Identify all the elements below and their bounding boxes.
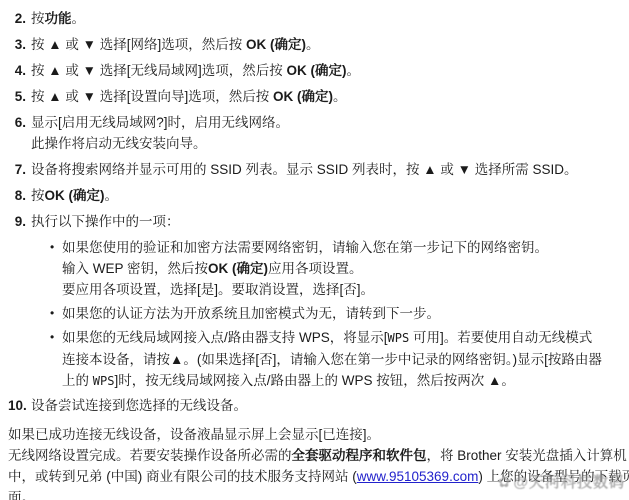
text-segment: OK (确定) xyxy=(286,63,346,78)
block-body: 设备尝试连接到您选择的无线设备。 xyxy=(31,395,625,416)
text-segment: 面。 xyxy=(8,490,35,500)
text-segment: 执行以下操作中的一项： xyxy=(31,214,180,229)
text-segment: 。 xyxy=(346,63,360,78)
text-segment: 无线网络设置完成。若要安装操作设备所必需的 xyxy=(8,448,292,463)
step-item: 8.按OK (确定)。 xyxy=(8,185,625,206)
text-segment: 连接本设备，请按▲。(如果选择[否]，请输入您在第一步中记录的网络密钥。)显示[… xyxy=(62,352,602,367)
text-line: 设备将搜索网络并显示可用的 SSID 列表。显示 SSID 列表时，按 ▲ 或 … xyxy=(31,159,625,180)
block-body: 如果您的无线局域网接入点/路由器支持 WPS，将显示[WPS 可用]。若要使用自… xyxy=(62,327,625,392)
bullet-icon: • xyxy=(50,327,62,348)
text-segment: 如果您的认证方法为开放系统且加密模式为无，请转到下一步。 xyxy=(62,306,440,321)
text-segment: OK (确定) xyxy=(45,188,105,203)
text-line: 按OK (确定)。 xyxy=(31,185,625,206)
block-body: 按 ▲ 或 ▼ 选择[无线局域网]选项，然后按 OK (确定)。 xyxy=(31,60,625,81)
text-line: 设备尝试连接到您选择的无线设备。 xyxy=(31,395,625,416)
step-number: 5. xyxy=(8,86,26,107)
text-line: 按 ▲ 或 ▼ 选择[网络]选项，然后按 OK (确定)。 xyxy=(31,34,625,55)
text-segment: OK (确定) xyxy=(273,89,333,104)
instructions-list: 2.按功能。3.按 ▲ 或 ▼ 选择[网络]选项，然后按 OK (确定)。4.按… xyxy=(0,0,629,500)
text-line: 如果已成功连接无线设备，设备液晶显示屏上会显示[已连接]。 xyxy=(8,424,625,445)
block-body: 如果已成功连接无线设备，设备液晶显示屏上会显示[已连接]。无线网络设置完成。若要… xyxy=(8,424,625,500)
text-line: 按 ▲ 或 ▼ 选择[无线局域网]选项，然后按 OK (确定)。 xyxy=(31,60,625,81)
step-item: 4.按 ▲ 或 ▼ 选择[无线局域网]选项，然后按 OK (确定)。 xyxy=(8,60,625,81)
bullet-item: •如果您使用的验证和加密方法需要网络密钥，请输入您在第一步记下的网络密钥。输入 … xyxy=(50,237,625,300)
text-segment: 此操作将启动无线安装向导。 xyxy=(31,136,207,151)
step-number: 2. xyxy=(8,8,26,29)
text-line: 执行以下操作中的一项： xyxy=(31,211,625,232)
text-segment: 按 ▲ 或 ▼ 选择[无线局域网]选项，然后按 xyxy=(31,63,286,78)
text-segment: OK (确定) xyxy=(208,261,268,276)
text-line: 显示[启用无线局域网?]时，启用无线网络。 xyxy=(31,112,625,133)
paragraph: 如果已成功连接无线设备，设备液晶显示屏上会显示[已连接]。无线网络设置完成。若要… xyxy=(8,424,625,500)
block-body: 执行以下操作中的一项： xyxy=(31,211,625,232)
text-segment: 全套驱动程序和软件包 xyxy=(292,448,427,463)
text-segment: 。 xyxy=(105,188,119,203)
text-segment: 按 ▲ 或 ▼ 选择[设置向导]选项，然后按 xyxy=(31,89,273,104)
text-segment: 。 xyxy=(72,11,86,26)
text-segment: WPS xyxy=(388,331,410,345)
text-line: 无线网络设置完成。若要安装操作设备所必需的全套驱动程序和软件包，将 Brothe… xyxy=(8,445,625,466)
text-segment: 设备尝试连接到您选择的无线设备。 xyxy=(31,398,247,413)
text-line: 上的 WPS]时，按无线局域网接入点/路由器上的 WPS 按钮，然后按两次 ▲。 xyxy=(62,370,625,392)
text-segment: 。 xyxy=(333,89,347,104)
step-number: 4. xyxy=(8,60,26,81)
text-line: 如果您的认证方法为开放系统且加密模式为无，请转到下一步。 xyxy=(62,303,625,324)
text-line: 面。 xyxy=(8,487,625,500)
step-item: 3.按 ▲ 或 ▼ 选择[网络]选项，然后按 OK (确定)。 xyxy=(8,34,625,55)
step-number: 3. xyxy=(8,34,26,55)
text-segment: 显示[启用无线局域网?]时，启用无线网络。 xyxy=(31,115,289,130)
text-segment: OK (确定) xyxy=(246,37,306,52)
text-segment: 。 xyxy=(306,37,320,52)
step-number: 10. xyxy=(8,395,26,416)
text-segment: 设备将搜索网络并显示可用的 SSID 列表。显示 SSID 列表时，按 ▲ 或 … xyxy=(31,162,578,177)
step-number: 9. xyxy=(8,211,26,232)
step-number: 8. xyxy=(8,185,26,206)
step-number: 7. xyxy=(8,159,26,180)
text-line: 此操作将启动无线安装向导。 xyxy=(31,133,625,154)
text-segment: ，将 Brother 安装光盘插入计算机 xyxy=(427,448,627,463)
text-segment: ]时，按无线局域网接入点/路由器上的 WPS 按钮，然后按两次 ▲。 xyxy=(114,373,514,388)
block-body: 按OK (确定)。 xyxy=(31,185,625,206)
block-body: 如果您的认证方法为开放系统且加密模式为无，请转到下一步。 xyxy=(62,303,625,324)
text-segment: ) 上您的设备型号的下载页 xyxy=(478,469,629,484)
text-segment: 按 ▲ 或 ▼ 选择[网络]选项，然后按 xyxy=(31,37,246,52)
block-body: 按 ▲ 或 ▼ 选择[设置向导]选项，然后按 OK (确定)。 xyxy=(31,86,625,107)
text-line: 按 ▲ 或 ▼ 选择[设置向导]选项，然后按 OK (确定)。 xyxy=(31,86,625,107)
step-item: 10.设备尝试连接到您选择的无线设备。 xyxy=(8,395,625,416)
step-item: 2.按功能。 xyxy=(8,8,625,29)
step-item: 9.执行以下操作中的一项： xyxy=(8,211,625,232)
bullet-icon: • xyxy=(50,237,62,258)
text-segment: 如果您使用的验证和加密方法需要网络密钥，请输入您在第一步记下的网络密钥。 xyxy=(62,240,548,255)
text-line: 输入 WEP 密钥，然后按OK (确定)应用各项设置。 xyxy=(62,258,625,279)
step-item: 7.设备将搜索网络并显示可用的 SSID 列表。显示 SSID 列表时，按 ▲ … xyxy=(8,159,625,180)
block-body: 设备将搜索网络并显示可用的 SSID 列表。显示 SSID 列表时，按 ▲ 或 … xyxy=(31,159,625,180)
text-segment: 功能 xyxy=(45,11,72,26)
text-segment: 如果已成功连接无线设备，设备液晶显示屏上会显示[已连接]。 xyxy=(8,427,380,442)
block-body: 按 ▲ 或 ▼ 选择[网络]选项，然后按 OK (确定)。 xyxy=(31,34,625,55)
text-line: 按功能。 xyxy=(31,8,625,29)
text-segment: 中，或转到兄弟 (中国) 商业有限公司的技术服务支持网站 ( xyxy=(8,469,357,484)
text-segment: 按 xyxy=(31,188,45,203)
text-line: 中，或转到兄弟 (中国) 商业有限公司的技术服务支持网站 (www.951053… xyxy=(8,466,625,487)
support-website-link[interactable]: www.95105369.com xyxy=(357,469,479,484)
text-segment: 如果您的无线局域网接入点/路由器支持 WPS，将显示[ xyxy=(62,330,388,345)
text-line: 要应用各项设置，选择[是]。要取消设置，选择[否]。 xyxy=(62,279,625,300)
text-line: 连接本设备，请按▲。(如果选择[否]，请输入您在第一步中记录的网络密钥。)显示[… xyxy=(62,349,625,370)
block-body: 显示[启用无线局域网?]时，启用无线网络。此操作将启动无线安装向导。 xyxy=(31,112,625,154)
text-segment: 应用各项设置。 xyxy=(268,261,363,276)
text-segment: 可用]。若要使用自动无线模式 xyxy=(409,330,592,345)
block-body: 如果您使用的验证和加密方法需要网络密钥，请输入您在第一步记下的网络密钥。输入 W… xyxy=(62,237,625,300)
block-body: 按功能。 xyxy=(31,8,625,29)
bullet-icon: • xyxy=(50,303,62,324)
text-segment: 按 xyxy=(31,11,45,26)
bullet-item: •如果您的无线局域网接入点/路由器支持 WPS，将显示[WPS 可用]。若要使用… xyxy=(50,327,625,392)
step-item: 6.显示[启用无线局域网?]时，启用无线网络。此操作将启动无线安装向导。 xyxy=(8,112,625,154)
text-line: 如果您使用的验证和加密方法需要网络密钥，请输入您在第一步记下的网络密钥。 xyxy=(62,237,625,258)
text-segment: 输入 WEP 密钥，然后按 xyxy=(62,261,208,276)
text-segment: 要应用各项设置，选择[是]。要取消设置，选择[否]。 xyxy=(62,282,374,297)
bullet-item: •如果您的认证方法为开放系统且加密模式为无，请转到下一步。 xyxy=(50,303,625,324)
text-segment: WPS xyxy=(93,374,115,388)
text-segment: 上的 xyxy=(62,373,93,388)
step-item: 5.按 ▲ 或 ▼ 选择[设置向导]选项，然后按 OK (确定)。 xyxy=(8,86,625,107)
text-line: 如果您的无线局域网接入点/路由器支持 WPS，将显示[WPS 可用]。若要使用自… xyxy=(62,327,625,349)
step-number: 6. xyxy=(8,112,26,133)
